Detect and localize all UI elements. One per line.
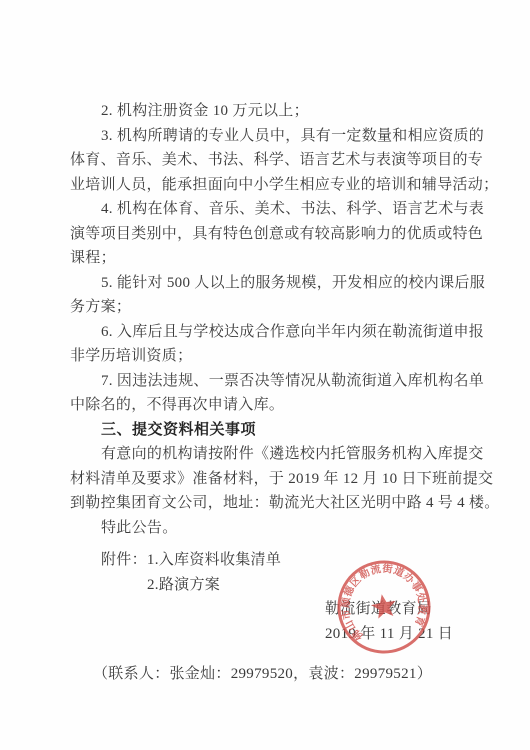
body-line: 演等项目类别中，具有特色创意或有较高影响力的优质或特色 bbox=[70, 222, 468, 247]
body-line: 7. 因违法违规、一票否决等情况从勒流街道入库机构名单 bbox=[70, 369, 468, 394]
body-line: 体育、音乐、美术、书法、科学、语言艺术与表演等项目的专 bbox=[70, 148, 468, 173]
body-line: 3. 机构所聘请的专业人员中，具有一定数量和相应资质的 bbox=[70, 124, 468, 149]
body-line: 课程； bbox=[70, 246, 468, 271]
signature-org: 勒流街道教育局 bbox=[70, 597, 468, 622]
attachment-line: 附件：1.入库资料收集清单 bbox=[70, 548, 468, 573]
body-line: 业培训人员，能承担面向中小学生相应专业的培训和辅导活动； bbox=[70, 173, 468, 198]
body-line: 6. 入库后且与学校达成合作意向半年内须在勒流街道申报 bbox=[70, 320, 468, 345]
attachment-line: 2.路演方案 bbox=[70, 573, 468, 598]
signature-date: 2019 年 11 月 21 日 bbox=[70, 622, 468, 647]
closing-line: 特此公告。 bbox=[70, 516, 468, 541]
body-line: 2. 机构注册资金 10 万元以上； bbox=[70, 99, 468, 124]
body-line: 务方案； bbox=[70, 295, 468, 320]
body-line: 非学历培训资质； bbox=[70, 344, 468, 369]
body-line: 5. 能针对 500 人以上的服务规模，开发相应的校内课后服 bbox=[70, 271, 468, 296]
attachments-block: 附件：1.入库资料收集清单 2.路演方案 bbox=[70, 548, 468, 597]
body-line: 材料清单及要求》准备材料，于 2019 年 12 月 10 日下班前提交 bbox=[70, 467, 468, 492]
notice-page: 2. 机构注册资金 10 万元以上； 3. 机构所聘请的专业人员中，具有一定数量… bbox=[0, 0, 530, 750]
body-line: 到勒控集团育文公司，地址：勒流光大社区光明中路 4 号 4 楼。 bbox=[70, 491, 468, 516]
contact-line: （联系人：张金灿：29979520，袁波：29979521） bbox=[70, 662, 468, 687]
body-line: 有意向的机构请按附件《遴选校内托管服务机构入库提交 bbox=[70, 442, 468, 467]
body-line: 4. 机构在体育、音乐、美术、书法、科学、语言艺术与表 bbox=[70, 197, 468, 222]
document-body: 2. 机构注册资金 10 万元以上； 3. 机构所聘请的专业人员中，具有一定数量… bbox=[70, 99, 468, 687]
section-heading: 三、提交资料相关事项 bbox=[70, 418, 468, 443]
body-line: 中除名的，不得再次申请入库。 bbox=[70, 393, 468, 418]
signature-block: 勒流街道教育局 2019 年 11 月 21 日 bbox=[70, 597, 468, 646]
